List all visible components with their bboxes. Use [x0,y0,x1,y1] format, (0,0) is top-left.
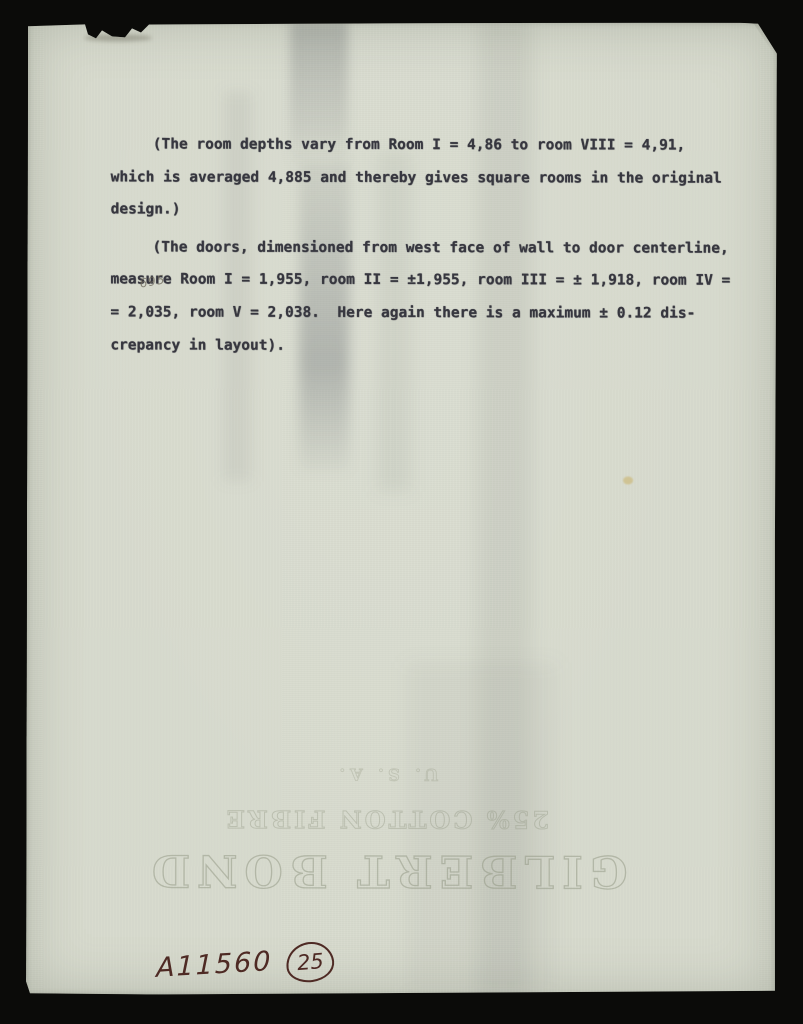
torn-edge-shadow [84,34,152,41]
typed-line: which is averaged 4,885 and thereby give… [111,161,761,195]
typed-line: measure Room I = 1,955, room II = ±1,955… [110,264,760,298]
foxing-spot [623,476,633,484]
scanner-background: (The room depths vary from Room I = 4,86… [0,0,803,1024]
typed-line: design.) [111,194,761,228]
handwritten-catalog-mark: A11560 25 [156,942,335,986]
document-page: (The room depths vary from Room I = 4,86… [26,21,777,996]
typed-line: (The room depths vary from Room I = 4,86… [111,128,761,162]
watermark-brand-text: GILBERT BOND [145,847,627,892]
paper-stain-bottom [406,662,557,992]
circled-number-text: 25 [296,949,324,975]
paper-watermark: GILBERT BOND 25% COTTON FIBRE U. S. A. [86,759,686,892]
clipped-corner-fold [753,23,777,59]
catalog-number-text: A11560 [156,945,273,983]
typed-line: (The doors, dimensioned from west face o… [111,231,761,265]
paragraph-room-depths: (The room depths vary from Room I = 4,86… [111,128,761,227]
typed-line: = 2,035, room V = 2,038. Here again ther… [110,296,760,330]
watermark-fibre-text: 25% COTTON FIBRE [224,807,549,832]
paragraph-doors: (The doors, dimensioned from west face o… [110,231,760,363]
circled-number: 25 [284,939,337,985]
watermark-country-text: U. S. A. [335,766,439,782]
typewritten-text: (The room depths vary from Room I = 4,86… [110,128,760,363]
typed-line: crepancy in layout). [110,329,760,363]
